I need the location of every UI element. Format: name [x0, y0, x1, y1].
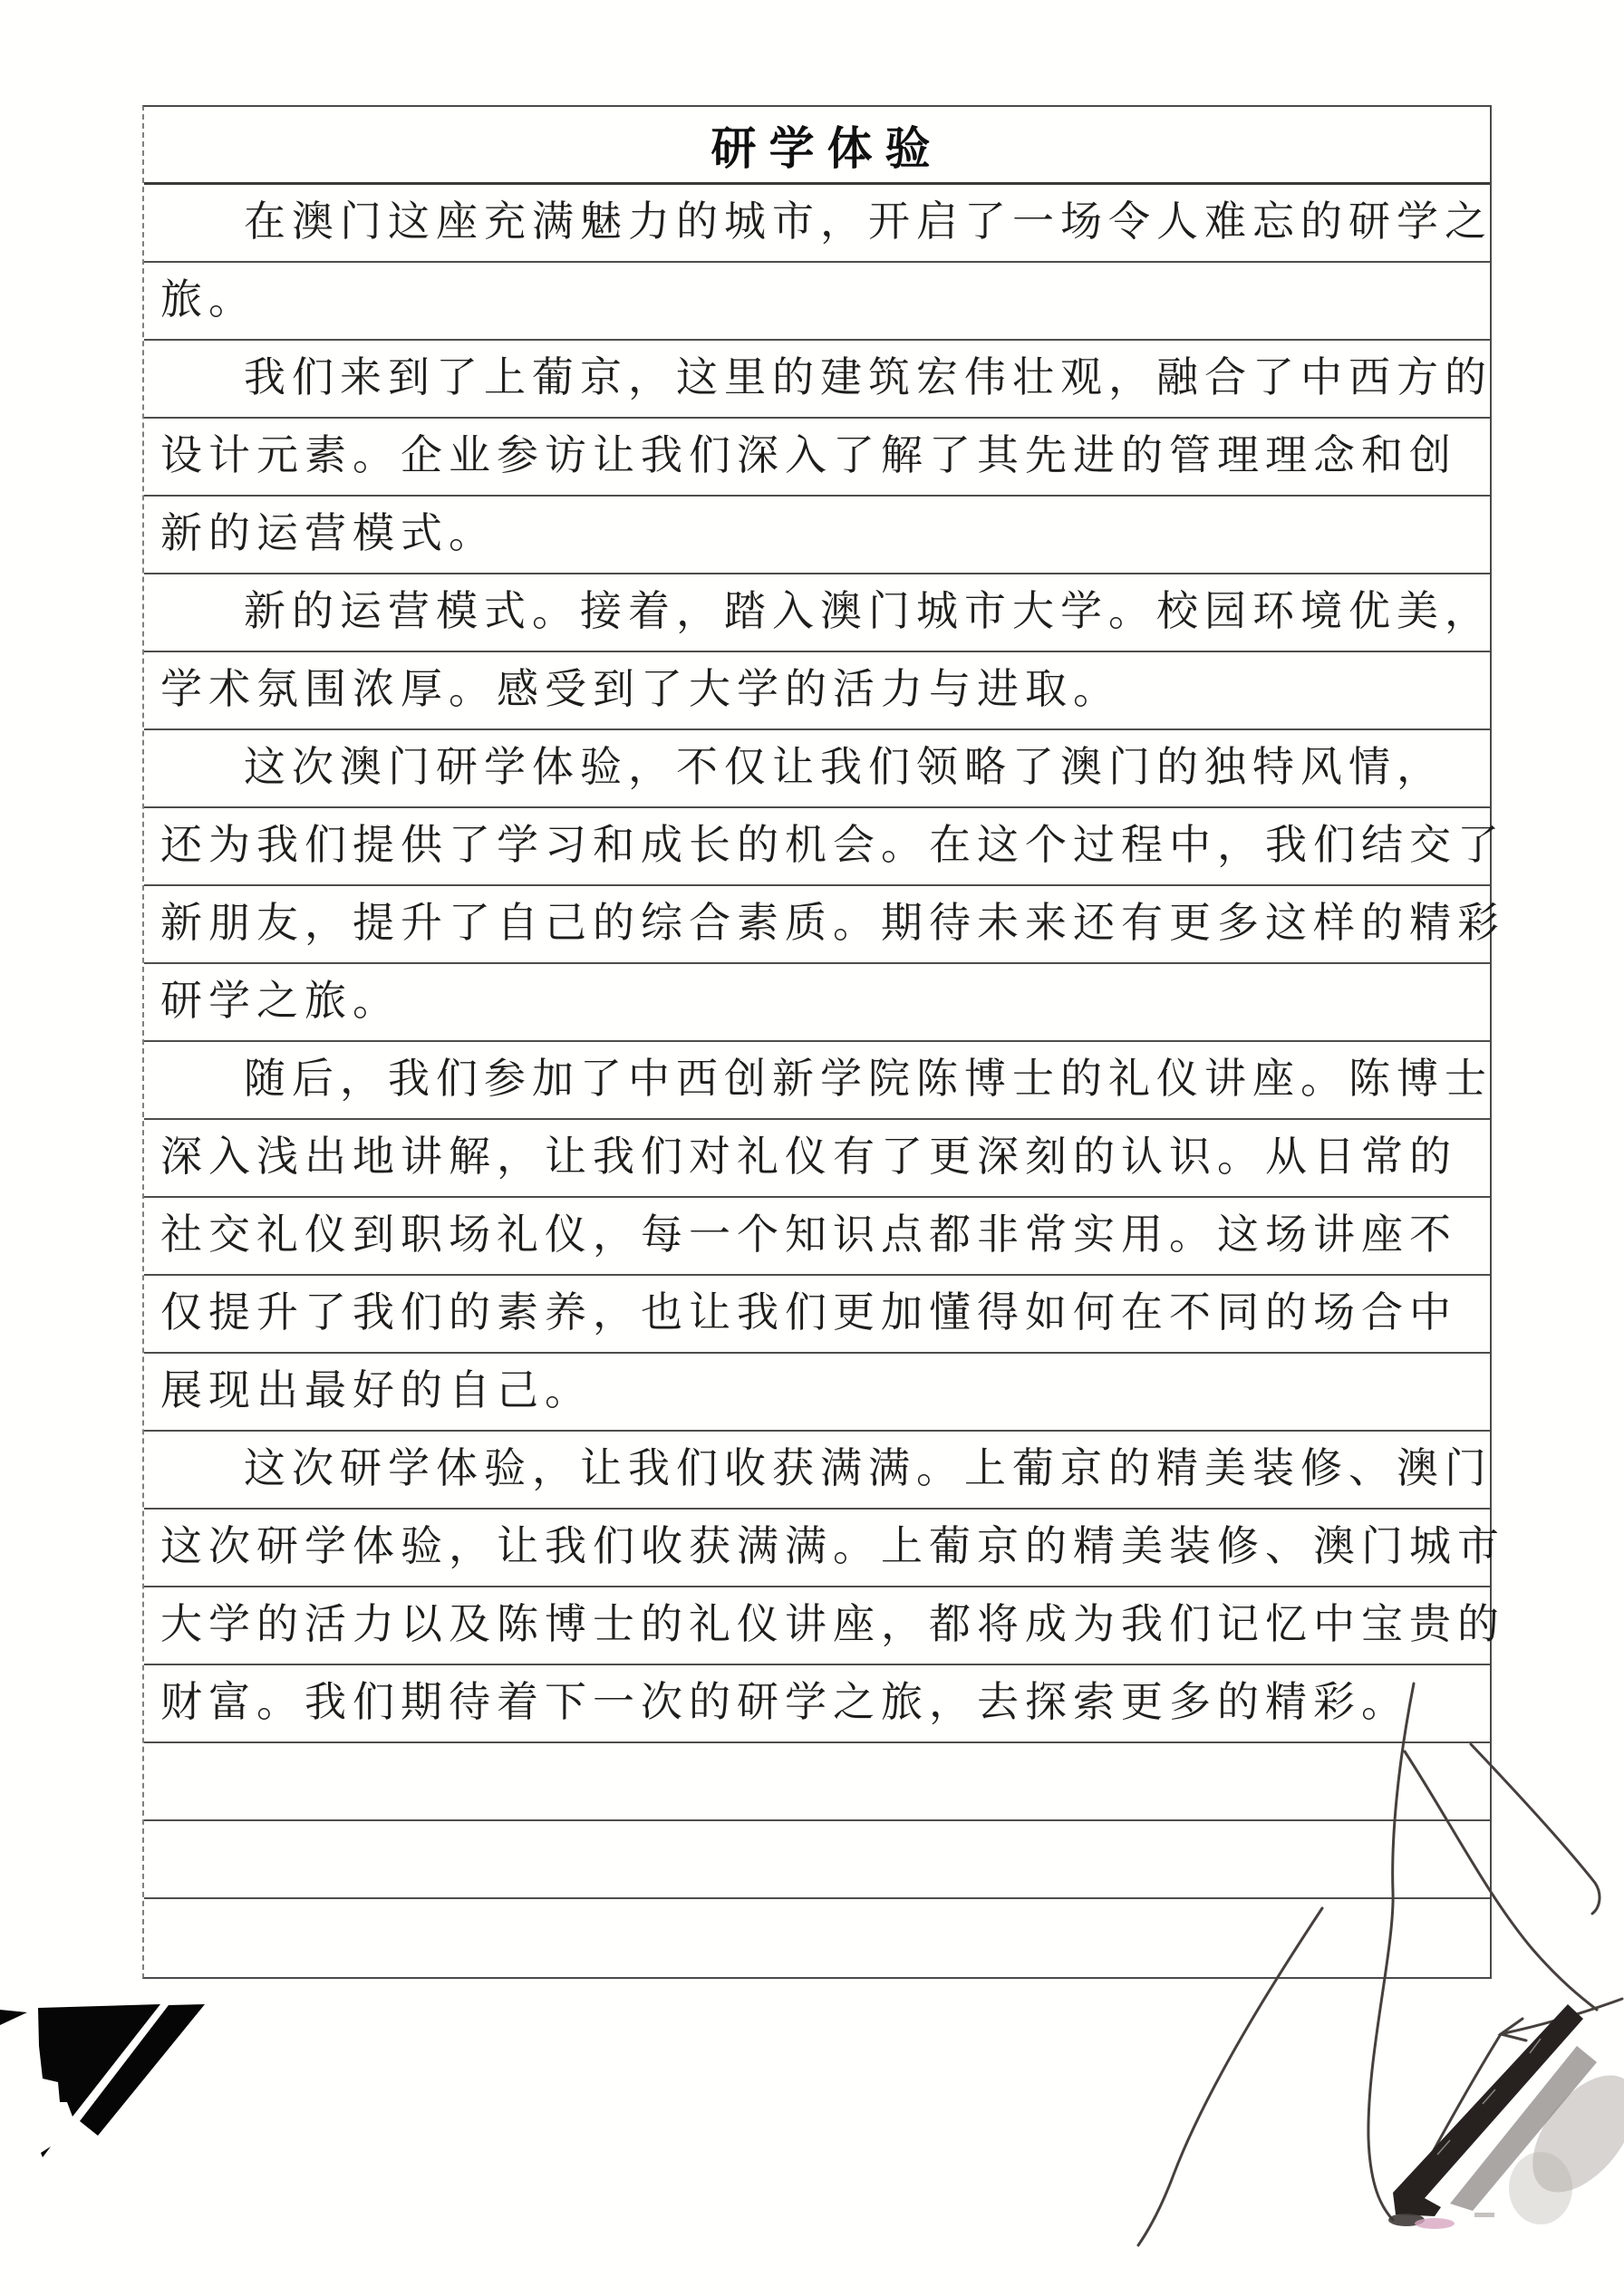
- essay-line-16: 展现出最好的自己。: [144, 1354, 1490, 1432]
- essay-line-17: 这次研学体验，让我们收获满满。上葡京的精美装修、澳门: [144, 1432, 1490, 1510]
- essay-lines: 在澳门这座充满魅力的城市，开启了一场令人难忘的研学之旅。我们来到了上葡京，这里的…: [144, 185, 1490, 1977]
- essay-line-text: 展现出最好的自己。: [160, 1369, 593, 1411]
- gray-smudge: [1513, 2057, 1624, 2211]
- gray-smudge: [1509, 2152, 1572, 2224]
- title-row: 研学体验: [144, 107, 1490, 185]
- scanner-edge-wedge: [0, 2010, 27, 2025]
- essay-line-21: [144, 1743, 1490, 1821]
- essay-title: 研学体验: [699, 112, 943, 178]
- essay-line-text: 深入浅出地讲解，让我们对礼仪有了更深刻的认识。从日常的: [160, 1135, 1457, 1177]
- essay-line-2: 旅。: [144, 263, 1490, 341]
- essay-line-18: 这次研学体验，让我们收获满满。上葡京的精美装修、澳门城市: [144, 1510, 1490, 1587]
- essay-line-text: 仅提升了我们的素养，也让我们更加懂得如何在不同的场合中: [160, 1291, 1457, 1333]
- gray-marker-streak: [1450, 2046, 1597, 2211]
- essay-line-22: [144, 1821, 1490, 1899]
- essay-line-text: 我们来到了上葡京，这里的建筑宏伟壮观，融合了中西方的: [244, 356, 1493, 398]
- essay-line-text: 随后，我们参加了中西创新学院陈博士的礼仪讲座。陈博士: [244, 1057, 1493, 1099]
- pink-smudge: [1415, 2218, 1455, 2229]
- essay-line-19: 大学的活力以及陈博士的礼仪讲座，都将成为我们记忆中宝贵的: [144, 1587, 1490, 1665]
- essay-line-text: 财富。我们期待着下一次的研学之旅，去探索更多的精彩。: [160, 1681, 1409, 1722]
- scanned-essay-page: 研学体验 在澳门这座充满魅力的城市，开启了一场令人难忘的研学之旅。我们来到了上葡…: [0, 0, 1624, 2296]
- essay-line-20: 财富。我们期待着下一次的研学之旅，去探索更多的精彩。: [144, 1665, 1490, 1743]
- essay-line-9: 还为我们提供了学习和成长的机会。在这个过程中，我们结交了: [144, 808, 1490, 886]
- essay-line-5: 新的运营模式。: [144, 497, 1490, 574]
- dark-smear: [1388, 2214, 1425, 2226]
- scanner-triangle-mark: [38, 2004, 160, 2117]
- essay-line-text: 社交礼仪到职场礼仪，每一个知识点都非常实用。这场讲座不: [160, 1213, 1457, 1255]
- essay-line-text: 研学之旅。: [160, 979, 401, 1021]
- essay-line-1: 在澳门这座充满魅力的城市，开启了一场令人难忘的研学之: [144, 185, 1490, 263]
- essay-line-15: 仅提升了我们的素养，也让我们更加懂得如何在不同的场合中: [144, 1276, 1490, 1354]
- essay-line-4: 设计元素。企业参访让我们深入了解了其先进的管理理念和创: [144, 419, 1490, 497]
- essay-line-text: 旅。: [160, 278, 256, 320]
- pen-stroke: [1407, 2034, 1501, 2200]
- marker-streaks: [1388, 2004, 1624, 2229]
- essay-line-text: 学术氛围浓厚。感受到了大学的活力与进取。: [160, 668, 1121, 709]
- essay-line-14: 社交礼仪到职场礼仪，每一个知识点都非常实用。这场讲座不: [144, 1198, 1490, 1276]
- essay-line-text: 这次研学体验，让我们收获满满。上葡京的精美装修、澳门城市: [160, 1525, 1505, 1567]
- essay-line-10: 新朋友，提升了自己的综合素质。期待未来还有更多这样的精彩: [144, 886, 1490, 964]
- essay-line-text: 新朋友，提升了自己的综合素质。期待未来还有更多这样的精彩: [160, 902, 1505, 943]
- essay-line-13: 深入浅出地讲解，让我们对礼仪有了更深刻的认识。从日常的: [144, 1120, 1490, 1198]
- essay-line-text: 设计元素。企业参访让我们深入了解了其先进的管理理念和创: [160, 434, 1457, 476]
- scanner-tick-mark: [41, 2146, 51, 2157]
- speckle-smear: [1474, 2213, 1494, 2217]
- essay-line-7: 学术氛围浓厚。感受到了大学的活力与进取。: [144, 652, 1490, 730]
- dark-marker-streak: [1393, 2004, 1583, 2216]
- essay-sheet: 研学体验 在澳门这座充满魅力的城市，开启了一场令人难忘的研学之旅。我们来到了上葡…: [142, 105, 1492, 1979]
- scanner-wedge-marks: [0, 2004, 205, 2157]
- essay-line-3: 我们来到了上葡京，这里的建筑宏伟壮观，融合了中西方的: [144, 341, 1490, 419]
- essay-line-6: 新的运营模式。接着，踏入澳门城市大学。校园环境优美，: [144, 574, 1490, 652]
- essay-line-text: 这次澳门研学体验，不仅让我们领略了澳门的独特风情，: [244, 746, 1445, 787]
- essay-line-text: 新的运营模式。接着，踏入澳门城市大学。校园环境优美，: [244, 590, 1493, 632]
- essay-line-text: 在澳门这座充满魅力的城市，开启了一场令人难忘的研学之: [244, 200, 1493, 242]
- essay-line-12: 随后，我们参加了中西创新学院陈博士的礼仪讲座。陈博士: [144, 1042, 1490, 1120]
- pen-arrow-hook: [1501, 2019, 1526, 2040]
- essay-line-23: [144, 1899, 1490, 1977]
- essay-line-8: 这次澳门研学体验，不仅让我们领略了澳门的独特风情，: [144, 730, 1490, 808]
- essay-line-text: 大学的活力以及陈博士的礼仪讲座，都将成为我们记忆中宝贵的: [160, 1603, 1505, 1645]
- essay-line-11: 研学之旅。: [144, 964, 1490, 1042]
- essay-line-text: 这次研学体验，让我们收获满满。上葡京的精美装修、澳门: [244, 1447, 1493, 1489]
- scanner-stripe-mark: [80, 2004, 205, 2136]
- essay-line-text: 新的运营模式。: [160, 512, 497, 554]
- essay-line-text: 还为我们提供了学习和成长的机会。在这个过程中，我们结交了: [160, 824, 1505, 865]
- pen-stroke: [1504, 1999, 1622, 2033]
